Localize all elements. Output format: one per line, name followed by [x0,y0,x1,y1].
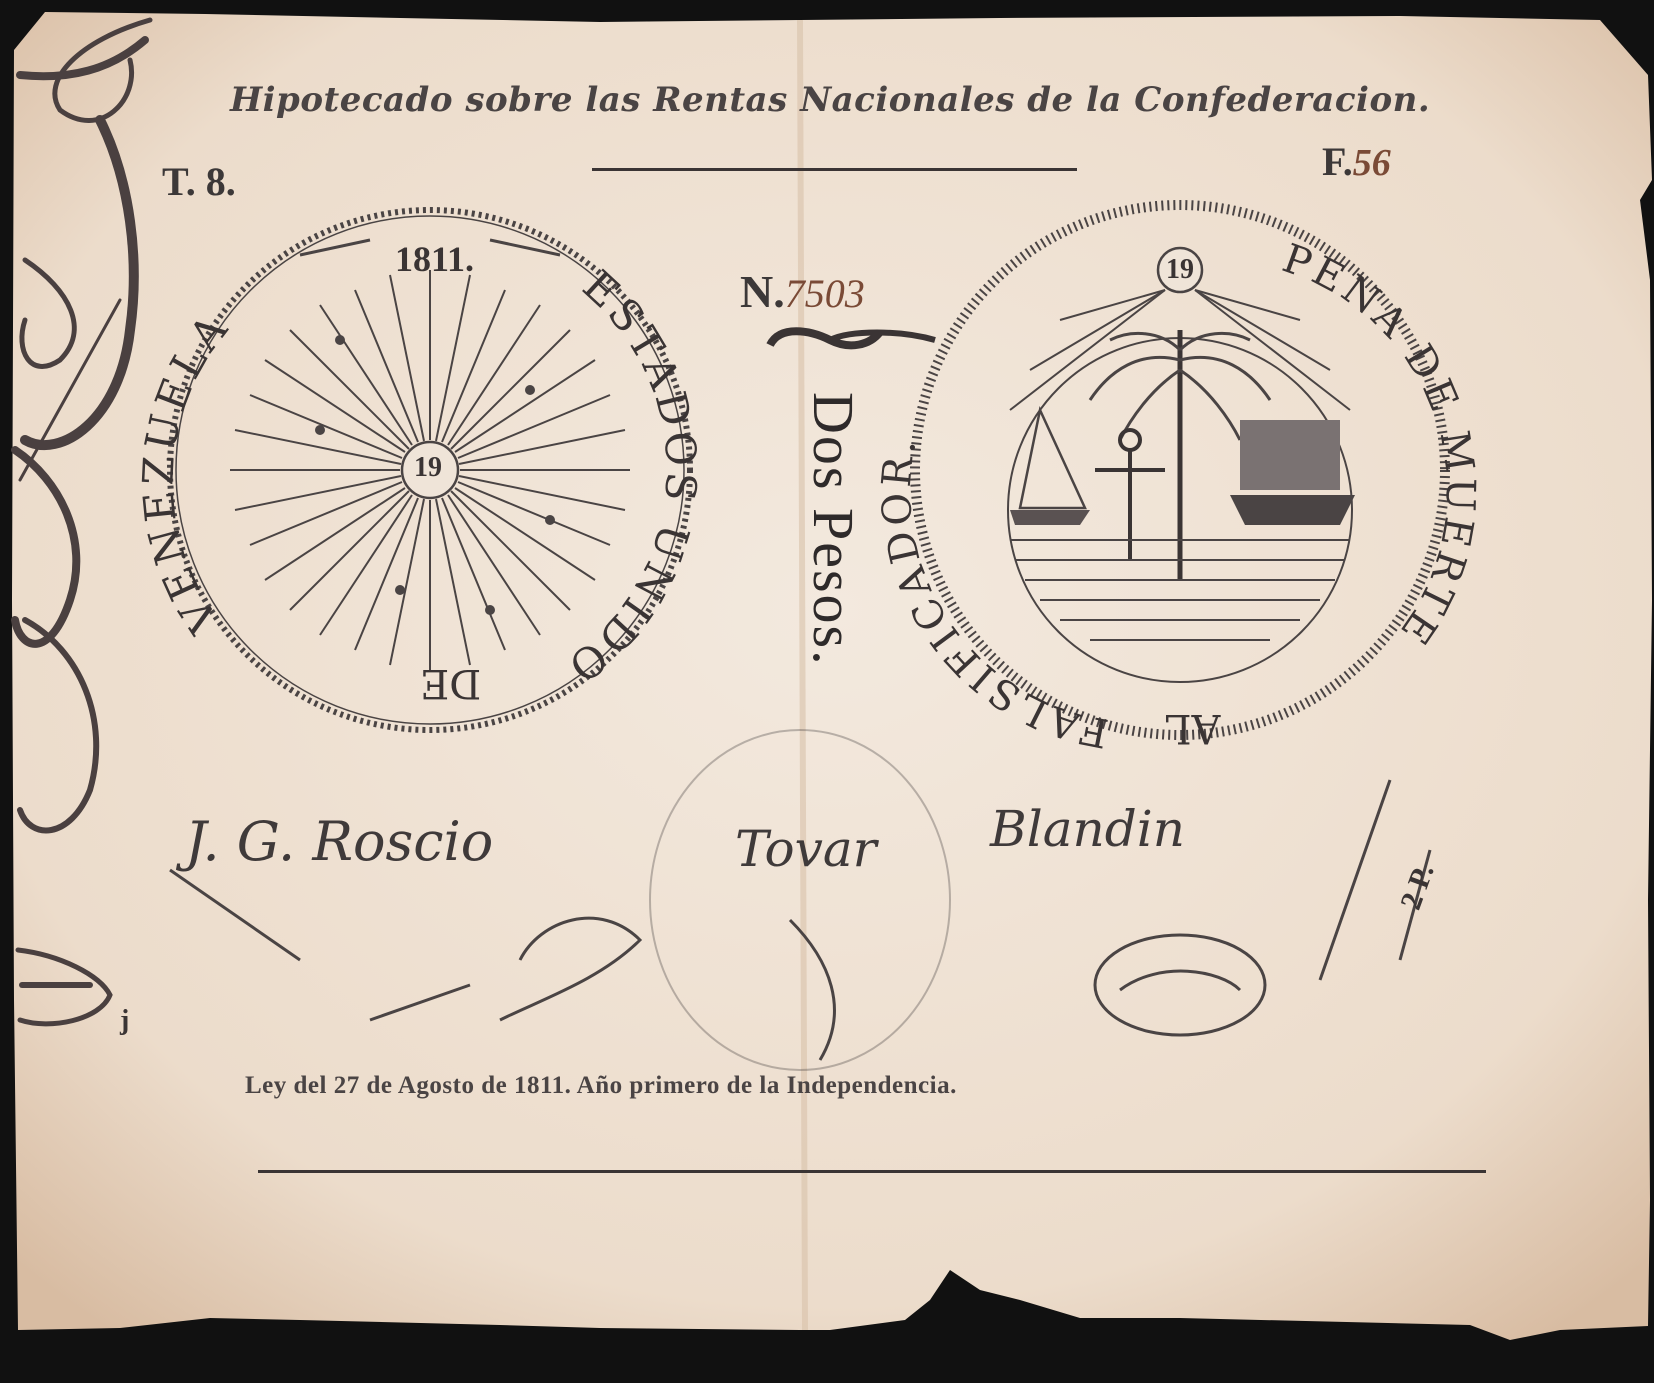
signature-tovar: Tovar [735,820,877,878]
side-mark: j [120,1005,129,1037]
left-seal-center: 19 [414,452,442,484]
seal-year: 1811. [395,238,474,280]
header-rule [592,168,1077,171]
banknote: VENEZUELA ESTADOS UNIDOS [0,0,1654,1383]
serial-value: 7503 [785,271,865,316]
denomination: Dos Pesos. [800,392,867,667]
left-seal-legend-bottom: DE [420,660,481,706]
serial-number: N.7503 [740,265,865,318]
signature-blandin: Blandin [990,800,1185,858]
paper-background: VENEZUELA ESTADOS UNIDOS [0,0,1654,1383]
serial-prefix: N. [740,266,785,317]
footer-rule [258,1170,1486,1173]
right-seal-center: 19 [1166,254,1194,286]
series-label: T. 8. [162,158,236,205]
folio-label: F.56 [1322,138,1391,185]
footer-text: Ley del 27 de Agosto de 1811. Año primer… [245,1072,957,1100]
signature-roscio: J. G. Roscio [185,810,493,873]
right-seal-legend-bottom: AL [1165,705,1220,751]
folio-prefix: F. [1322,139,1353,184]
folio-number: 56 [1353,142,1391,184]
header-text: Hipotecado sobre las Rentas Nacionales d… [230,80,1430,120]
